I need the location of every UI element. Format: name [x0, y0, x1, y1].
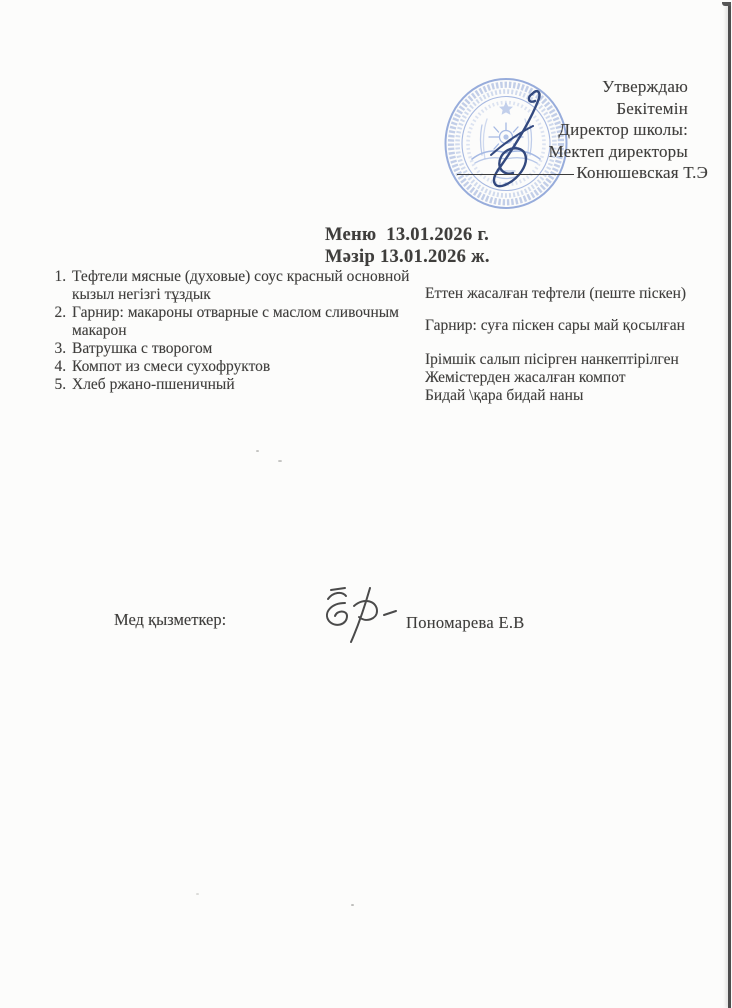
menu-title: Меню 13.01.2026 г. Мәзір 13.01.2026 ж.: [325, 225, 490, 268]
scan-speck: [351, 904, 354, 906]
approval-line: Бекітемін: [457, 98, 688, 120]
menu-item-ru: Ватрушка с творогом: [70, 340, 422, 358]
menu-item-ru: Гарнир: макароны отварные с маслом сливо…: [70, 304, 422, 340]
scanned-menu-document: Утверждаю Бекітемін Директор школы: Мект…: [0, 0, 732, 1008]
menu-title-ru: Меню 13.01.2026 г.: [325, 225, 490, 247]
signer-name-line: Конюшевская Т.Э: [457, 162, 708, 184]
approval-line: Директор школы:: [457, 119, 688, 141]
menu-title-kk: Мәзір 13.01.2026 ж.: [325, 247, 490, 269]
menu-list-kazakh: Еттен жасалған тефтели (пеште піскен) Га…: [425, 272, 725, 405]
menu-item-ru: Тефтели мясные (духовые) соус красный ос…: [70, 268, 422, 304]
menu-item-kk: Гарнир: суға піскен сары май қосылған: [425, 317, 725, 335]
med-worker-signature: [318, 585, 398, 647]
menu-item-ru: Хлеб ржано-пшеничный: [70, 376, 422, 394]
menu-item-ru: Компот из смеси сухофруктов: [70, 358, 422, 376]
scan-speck: [196, 893, 199, 895]
menu-item-kk: Еттен жасалған тефтели (пеште піскен): [425, 285, 725, 303]
menu-item-kk: Ірімшік салып пісірген нанкептірілген: [425, 351, 725, 369]
scan-speck: [256, 450, 259, 452]
approval-block: Утверждаю Бекітемін Директор школы: Мект…: [457, 76, 688, 184]
approval-line: Утверждаю: [457, 76, 688, 98]
med-worker-label: Мед қызметкер:: [114, 610, 226, 630]
signature-rule: [457, 174, 574, 175]
scan-edge-line: [728, 4, 731, 1008]
signer-name: Конюшевская Т.Э: [576, 163, 708, 182]
med-worker-name: Пономарева Е.В: [406, 613, 525, 633]
scan-speck: [278, 460, 282, 462]
scan-edge-corner: [722, 2, 731, 6]
menu-item-kk: Жемістерден жасалған компот: [425, 369, 725, 387]
menu-list-russian: Тефтели мясные (духовые) соус красный ос…: [40, 268, 422, 394]
menu-item-kk: Бидай \қара бидай наны: [425, 387, 725, 405]
approval-line: Мектеп директоры: [457, 141, 688, 163]
